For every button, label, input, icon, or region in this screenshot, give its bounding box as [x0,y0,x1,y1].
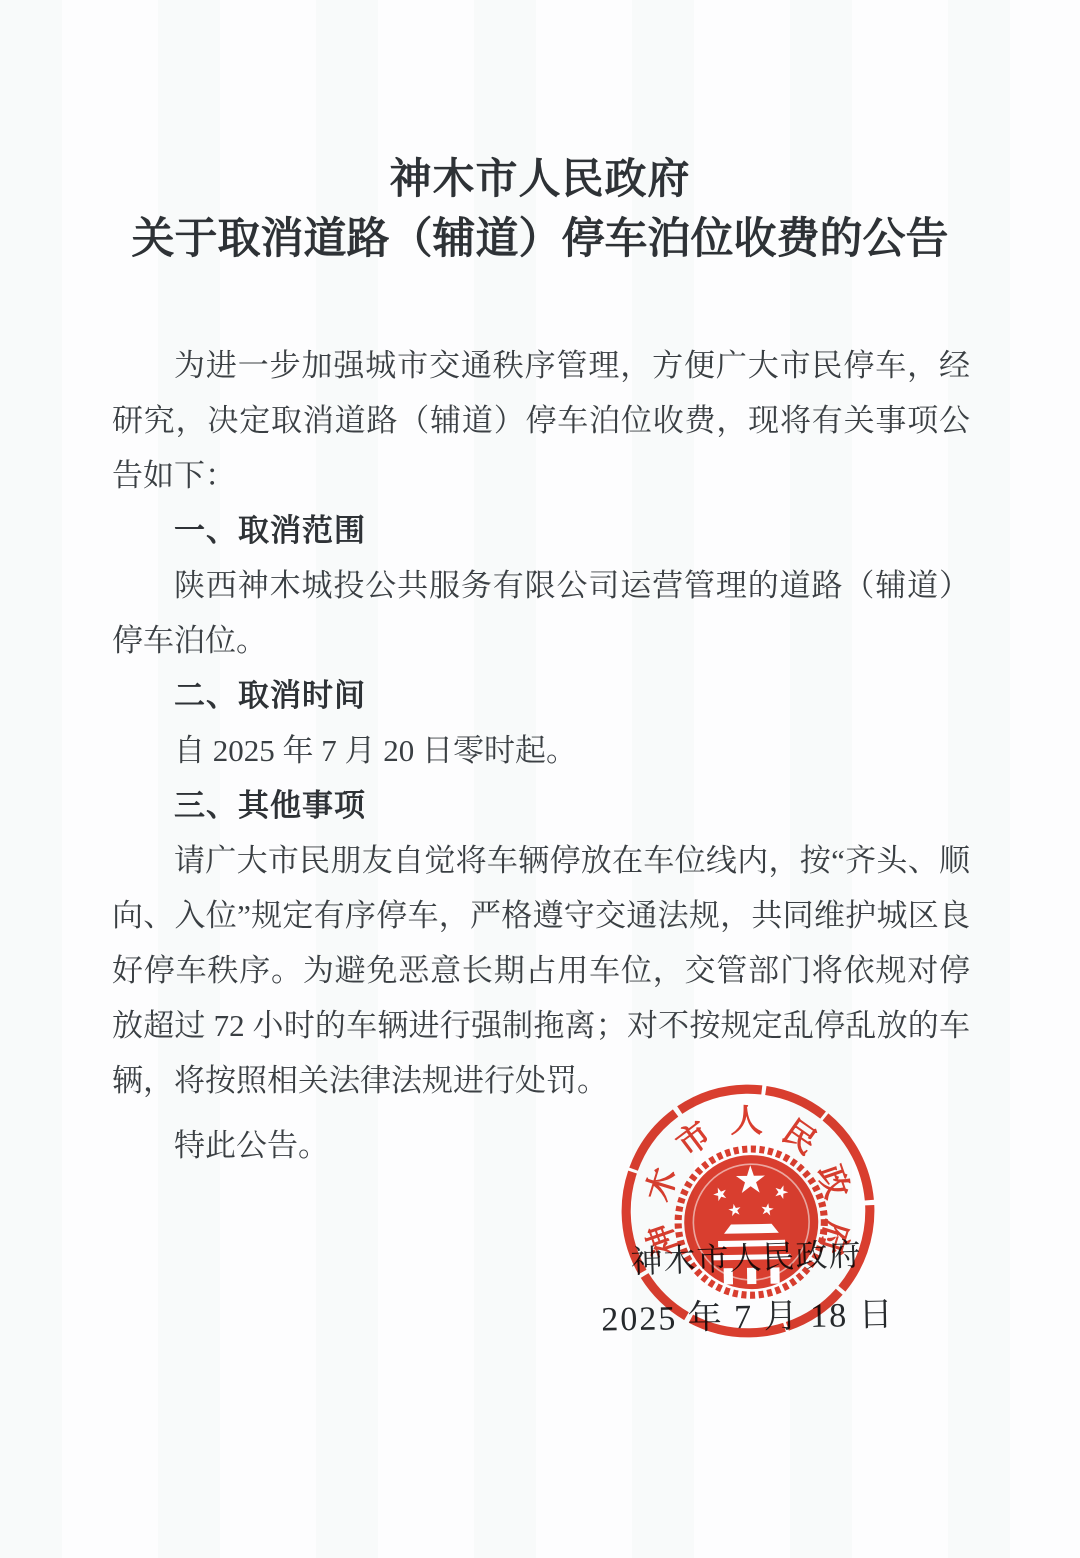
signature-date: 2025 年 7 月 18 日 [598,1294,899,1341]
section-1-paragraph: 陕西神木城投公共服务有限公司运营管理的道路（辅道）停车泊位。 [112,558,970,668]
section-2-heading: 二、取消时间 [112,668,970,723]
svg-text:民: 民 [776,1113,824,1162]
title-line-issuer: 神木市人民政府 [0,150,1080,210]
svg-text:木: 木 [640,1164,685,1206]
notice-title: 神木市人民政府 关于取消道路（辅道）停车泊位收费的公告 [0,150,1080,270]
notice-document: 神木市人民政府 关于取消道路（辅道）停车泊位收费的公告 为进一步加强城市交通秩序… [0,0,1080,1558]
section-3-heading: 三、其他事项 [112,778,970,833]
notice-body: 为进一步加强城市交通秩序管理，方便广大市民停车，经研究，决定取消道路（辅道）停车… [112,338,970,1173]
section-2-paragraph: 自 2025 年 7 月 20 日零时起。 [112,723,970,778]
section-1-heading: 一、取消范围 [112,503,970,558]
intro-paragraph: 为进一步加强城市交通秩序管理，方便广大市民停车，经研究，决定取消道路（辅道）停车… [112,338,970,503]
svg-text:人: 人 [730,1104,763,1141]
section-3-paragraph: 请广大市民朋友自觉将车辆停放在车位线内，按“齐头、顺向、入位”规定有序停车，严格… [112,833,970,1108]
title-line-subject: 关于取消道路（辅道）停车泊位收费的公告 [0,210,1080,270]
svg-text:市: 市 [670,1115,718,1164]
